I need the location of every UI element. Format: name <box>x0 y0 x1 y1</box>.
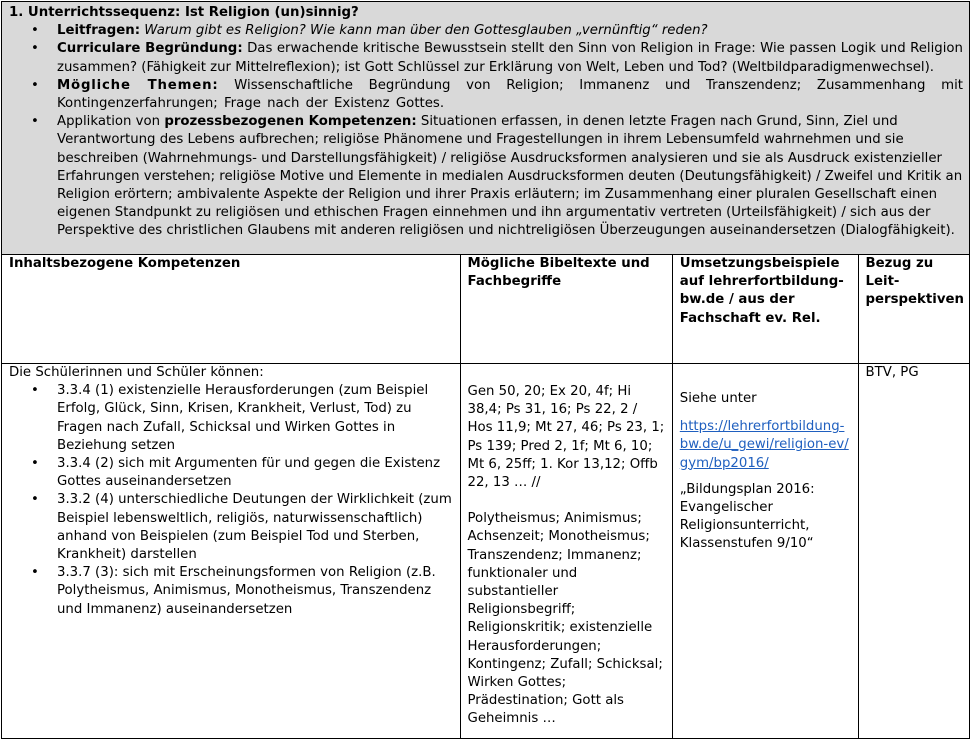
curriculum-page: 1. Unterrichtssequenz: Ist Religion (un)… <box>1 1 970 739</box>
competence-item: • 3.3.7 (3): sich mit Erscheinungsformen… <box>9 564 454 619</box>
bullet-icon: • <box>31 22 39 40</box>
sequence-bullet-list: • Leitfragen: Warum gibt es Religion? Wi… <box>9 22 963 240</box>
sequence-header: 1. Unterrichtssequenz: Ist Religion (un)… <box>1 1 970 254</box>
bullet-icon: • <box>31 40 39 58</box>
spacer <box>468 492 666 510</box>
bullet-icon: • <box>31 455 39 473</box>
bible-texts: Gen 50, 20; Ex 20, 4f; Hi 38,4; Ps 31, 1… <box>468 383 666 492</box>
bullet-icon: • <box>31 564 39 582</box>
bullet-icon: • <box>31 113 39 131</box>
header-leitperspektiven: Bezug zu Leit-perspektiven <box>858 255 969 364</box>
applikation-prefix: Applikation von <box>57 114 164 129</box>
competence-text: 3.3.4 (2) sich mit Argumenten für und ge… <box>57 456 440 489</box>
bullet-prozessbezogene-kompetenzen: • Applikation von prozessbezogenen Kompe… <box>9 113 963 240</box>
bullet-moegliche-themen: • Mögliche Themen: Wissenschaftliche Beg… <box>9 77 963 113</box>
header-bibeltexte-fachbegriffe: Mögliche Bibeltexte und Fachbegriffe <box>460 255 672 364</box>
examples-cell: Siehe unter https://lehrerfortbildung-bw… <box>672 364 858 739</box>
prozessbezogene-kompetenzen-text: Situationen erfassen, in denen letzte Fr… <box>57 114 962 238</box>
sequence-title: 1. Unterrichtssequenz: Ist Religion (un)… <box>9 4 963 22</box>
header-umsetzungsbeispiele: Umsetzungsbeispiele auf lehrerfortbildun… <box>672 255 858 364</box>
table-header-row: Inhaltsbezogene Kompetenzen Mögliche Bib… <box>2 255 970 364</box>
bullet-icon: • <box>31 491 39 509</box>
competence-item: • 3.3.2 (4) unterschiedliche Deutungen d… <box>9 491 454 564</box>
moegliche-themen-label: Mögliche Themen: <box>57 78 218 93</box>
competence-text: 3.3.7 (3): sich mit Erscheinungsformen v… <box>57 565 436 616</box>
bible-texts-cell: Gen 50, 20; Ex 20, 4f; Hi 38,4; Ps 31, 1… <box>460 364 672 739</box>
competences-cell: Die Schülerinnen und Schüler können: • 3… <box>2 364 461 739</box>
competence-item: • 3.3.4 (1) existenzielle Herausforderun… <box>9 382 454 455</box>
examples-intro: Siehe unter <box>680 390 852 408</box>
competences-intro: Die Schülerinnen und Schüler können: <box>9 364 454 382</box>
table-row: Die Schülerinnen und Schüler können: • 3… <box>2 364 970 739</box>
competence-table: Inhaltsbezogene Kompetenzen Mögliche Bib… <box>1 254 970 739</box>
competence-text: 3.3.4 (1) existenzielle Herausforderunge… <box>57 383 428 453</box>
bildungsplan-reference: „Bildungsplan 2016: Evangelischer Religi… <box>680 481 852 554</box>
bullet-leitfragen: • Leitfragen: Warum gibt es Religion? Wi… <box>9 22 963 40</box>
lehrerfortbildung-link[interactable]: https://lehrerfortbildung-bw.de/u_gewi/r… <box>680 418 852 473</box>
bullet-icon: • <box>31 382 39 400</box>
leitfragen-label: Leitfragen: <box>57 23 140 38</box>
competence-text: 3.3.2 (4) unterschiedliche Deutungen der… <box>57 492 452 562</box>
header-inhaltsbezogene-kompetenzen: Inhaltsbezogene Kompetenzen <box>2 255 461 364</box>
technical-terms: Polytheismus; Animismus; Achsenzeit; Mon… <box>468 510 666 728</box>
competence-item: • 3.3.4 (2) sich mit Argumenten für und … <box>9 455 454 491</box>
curriculare-begruendung-label: Curriculare Begründung: <box>57 41 243 56</box>
competences-list: • 3.3.4 (1) existenzielle Herausforderun… <box>9 382 454 619</box>
bullet-curriculare-begruendung: • Curriculare Begründung: Das erwachende… <box>9 40 963 76</box>
guiding-perspectives-cell: BTV, PG <box>858 364 969 739</box>
bullet-icon: • <box>31 77 39 95</box>
leitfragen-text: Warum gibt es Religion? Wie kann man übe… <box>140 23 708 38</box>
prozessbezogene-kompetenzen-label: prozessbezogenen Kompetenzen: <box>164 114 416 129</box>
